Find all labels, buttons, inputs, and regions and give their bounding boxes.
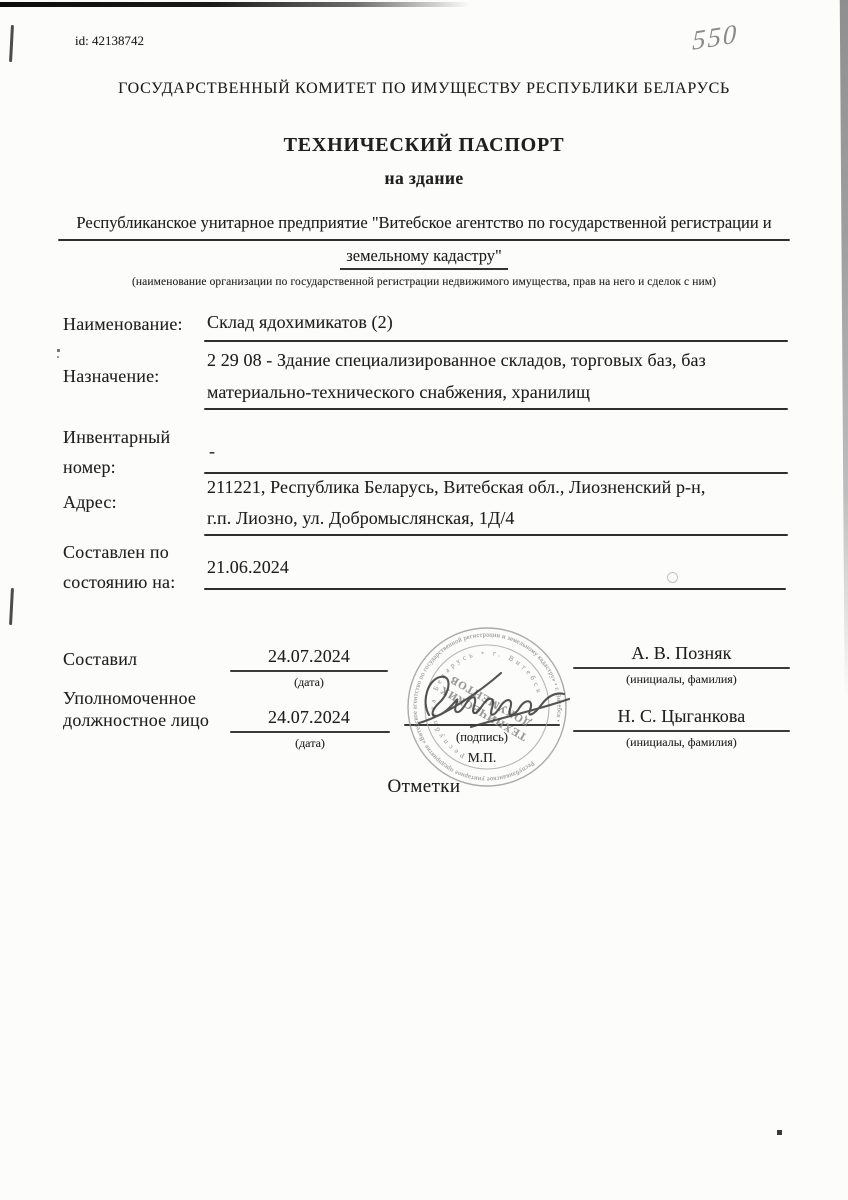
compiler-name-value: А. В. Позняк <box>573 643 790 664</box>
official-date-value: 24.07.2024 <box>209 707 409 728</box>
field-asof-label-line2: состоянию на: <box>63 572 175 593</box>
field-name-underline <box>204 340 788 342</box>
field-address-label: Адрес: <box>63 492 117 513</box>
document-subtitle: на здание <box>0 168 848 189</box>
official-role-line1: Уполномоченное <box>63 688 196 709</box>
official-name-caption: (инициалы, фамилия) <box>573 735 790 750</box>
official-date-caption: (дата) <box>230 736 390 751</box>
compiler-name-caption: (инициалы, фамилия) <box>573 672 790 687</box>
field-address-underline <box>204 534 788 536</box>
compiler-date-underline <box>230 670 388 672</box>
compiler-name-underline <box>573 667 790 669</box>
compiler-date-value: 24.07.2024 <box>209 646 409 667</box>
scan-artifact-left-mark-middle <box>9 588 13 625</box>
document-title: ТЕХНИЧЕСКИЙ ПАСПОРТ <box>0 134 848 157</box>
field-purpose-value-line2: материально-технического снабжения, хран… <box>207 382 590 403</box>
compiler-role-label: Составил <box>63 649 137 670</box>
scanned-technical-passport-page: id: 42138742 550 ГОСУДАРСТВЕННЫЙ КОМИТЕТ… <box>0 0 848 1200</box>
handwritten-page-number: 550 <box>692 18 738 57</box>
marks-section-title: Отметки <box>0 776 848 798</box>
scan-artifact-right-edge <box>837 0 848 700</box>
official-name-underline <box>573 730 790 732</box>
field-name-label: Наименование: <box>63 314 183 335</box>
organization-name-line2: земельному кадастру" <box>340 246 508 270</box>
compiler-date-caption: (дата) <box>230 675 388 690</box>
field-inventory-label-line1: Инвентарный <box>63 427 170 448</box>
official-date-underline <box>230 731 390 733</box>
field-inventory-label-line2: номер: <box>63 457 116 478</box>
field-address-value-line1: 211221, Республика Беларусь, Витебская о… <box>207 477 705 498</box>
field-address-value-line2: г.п. Лиозно, ул. Добромыслянская, 1Д/4 <box>207 508 515 529</box>
field-purpose-value-line1: 2 29 08 - Здание специализированное скла… <box>207 350 706 371</box>
field-asof-underline <box>204 588 786 590</box>
field-purpose-label: Назначение: <box>63 366 160 387</box>
scan-artifact-left-mark-top <box>9 25 13 62</box>
field-inventory-value: - <box>209 441 215 462</box>
field-purpose-underline <box>204 408 788 410</box>
scan-artifact-dot <box>57 349 60 352</box>
scan-artifact-top-bar <box>0 2 470 7</box>
scan-artifact-dot <box>57 356 59 358</box>
field-name-value: Склад ядохимикатов (2) <box>207 312 393 333</box>
committee-header: ГОСУДАРСТВЕННЫЙ КОМИТЕТ ПО ИМУЩЕСТВУ РЕС… <box>0 80 848 98</box>
field-asof-label-line1: Составлен по <box>63 542 169 563</box>
official-role-line2: должностное лицо <box>63 710 209 731</box>
field-asof-value: 21.06.2024 <box>207 557 289 578</box>
scan-artifact-speck <box>777 1130 782 1135</box>
handwritten-signature <box>413 655 578 740</box>
organization-name-line2-wrap: земельному кадастру" <box>0 246 848 266</box>
organization-caption: (наименование организации по государстве… <box>0 276 848 288</box>
field-inventory-underline <box>204 472 788 474</box>
scan-id-label: id: 42138742 <box>75 33 144 49</box>
official-name-value: Н. С. Цыганкова <box>573 706 790 727</box>
organization-underline-1 <box>58 239 790 241</box>
scan-artifact-ring <box>667 572 678 583</box>
organization-name-line1: Республиканское унитарное предприятие "В… <box>58 213 790 233</box>
